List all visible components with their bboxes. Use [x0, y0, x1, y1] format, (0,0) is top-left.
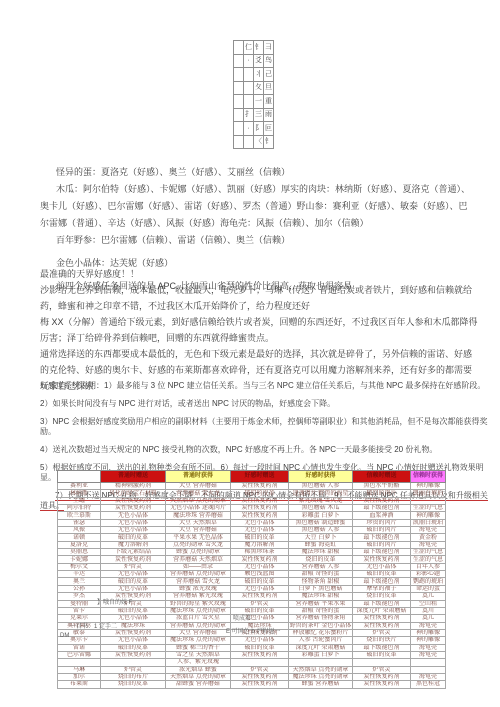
fragment-cell [234, 41, 244, 55]
npc-name-cell: 雷卡 [58, 607, 101, 614]
gift-cell: 摩挲的袖子 [353, 585, 411, 592]
paragraph: 木瓜：阿尔伯特（好感）、卡妮娜（好感）、凯丽（好感）厚实的肉块：林纳斯（好感）、… [40, 181, 476, 232]
table-row: 加尔烧旧的布片天然烟草 点亮的勋章炭性恢复药剂魔法珍珠 点亮的勋章炭性恢复药剂海… [58, 673, 446, 680]
handwritten-note: E 可国色 b 沪附退一 [226, 629, 280, 636]
fragment-table: 仁钅彐·爻鸟丬己夂旦一重扌三雨·阝叵〈钅 [233, 40, 274, 149]
fragment-row: 夂旦 [234, 81, 274, 95]
gift-cell: 大豆 天然烟草 [166, 519, 231, 526]
fragment-cell: · [244, 122, 254, 136]
gift-cell: 最下级褪色剂 [353, 644, 411, 651]
gift-cell: 白萝卜 黑色蘑菇 [289, 585, 353, 592]
fragment-cell: 重 [264, 95, 274, 109]
gift-cell: 无色小晶体 [231, 519, 289, 526]
gift-cell [353, 659, 411, 666]
npc-name-cell: 林纳斯 [58, 490, 101, 497]
gift-cell: 深度元叶 荣肃蘑菇 [353, 607, 411, 614]
fragment-row: 丬己 [234, 68, 274, 82]
gift-cell: 营养蘑菇 雪火龙 [166, 490, 231, 497]
gift-cell: 最下级褪色剂 [353, 578, 411, 585]
gift-cell: 海龟壳 [411, 622, 446, 629]
column-header [58, 471, 101, 483]
gift-cell: 雪之星 天然烟草 [166, 651, 231, 658]
table-row: 欧兰慕斯无色小晶体魔法珍珠 营养蘑菇炭性恢复药剂彩雕蛋 白萝卜血浆神酒神的雕像 [58, 512, 446, 519]
gift-cell: 天然烟草 点亮的勋章 [166, 673, 231, 680]
gift-cell: 烧旧的皮革 [289, 556, 353, 563]
fragment-cell: 三 [254, 108, 264, 122]
fragment-cell [234, 81, 244, 95]
gift-cell: 无色小晶体 [101, 615, 166, 622]
table-row: 布莱斯烧旧的皮革甜蜂蜜 营养蘑菇炭性恢复药剂蜂蜜 营养蘑菇炭性恢复药剂黑色桂冠 [58, 681, 446, 688]
gift-cell: 彩雕蛋 白萝卜 [289, 651, 353, 658]
gift-cell: 炭性恢复药剂 [231, 556, 289, 563]
gift-cell: 炉管灵 [101, 563, 166, 570]
fragment-cell [234, 95, 244, 109]
gift-cell: 烧旧的铁片 [353, 637, 411, 644]
gift-cell: 魔法珍珠 点亮的勋章 [166, 637, 231, 644]
table-row: 人参、紫光玫瑰 [58, 659, 446, 666]
gift-cell: 破旧的皮革 [231, 607, 289, 614]
paragraph: 梅 XX（分解）普通给下级元素，到好感信赖给铁片或者炭，回赠的东西还好，不过我区… [40, 314, 480, 346]
gift-cell: 破旧的皮革 [231, 534, 289, 541]
fragment-cell [234, 135, 244, 149]
gift-cell: 炉管灵 [231, 666, 289, 673]
gift-cell: 无色小晶体 [101, 527, 166, 534]
npc-name-cell [58, 659, 101, 666]
gift-cell: 精神刺激药剂 [101, 483, 166, 490]
paragraph: 好感度系统说明：1）最多能与 3 位 NPC 建立信任关系。当与三名 NPC 建… [40, 381, 490, 391]
gift-cell [411, 659, 446, 666]
fragment-cell: 阝 [254, 122, 264, 136]
fragment-row: 仁钅彐 [234, 41, 274, 55]
fragment-cell: 爻 [254, 54, 264, 68]
fragment-cell [234, 122, 244, 136]
gift-cell: 营养蘑菇 人参 [289, 563, 353, 570]
npc-name-cell: 加尔 [58, 673, 101, 680]
gift-cell: 海龟壳 [411, 527, 446, 534]
gift-cell: 甜蜂蜜 营养蘑菇 [166, 681, 231, 688]
gift-cell: 蜂蜜 浓光玫瑰 [166, 585, 231, 592]
strategy-paragraphs: 最准确的天界好感度！！沙影给无色养到信赖，成本最低，收益最大，龟壳萝卜；马琳（传… [40, 266, 480, 394]
table-row: 雷卡破旧的皮革魔法珍珠 点亮的勋章破旧的皮革甜椒 奇怪的蛋深度元叶 荣肃蘑菇寞川 [58, 607, 446, 614]
table-row: 卡妮娜炭性恢复药剂营养蘑菇 天然烟草炭性恢复药剂烧旧的皮革炭性恢复药剂生涩的气息 [58, 556, 446, 563]
gift-cell: 破旧的肉片 [353, 490, 411, 497]
gift-cell: 无色小晶体 [231, 563, 289, 570]
gift-cell: 无色小晶体 [101, 571, 166, 578]
fragment-cell: 钅 [264, 135, 274, 149]
npc-name-cell: 巴尔雷娜 [58, 651, 101, 658]
gift-cell: 迷魂肉片 野兽的海星 [289, 490, 353, 497]
gift-cell: 天然烟草 点亮的勋章 [289, 666, 353, 673]
gift-cell: 魔力溶解剂 [101, 541, 166, 548]
table-row: 马琳炉管灵浓光烟草 蜂蜜炉管灵天然烟草 点亮的勋章炉管灵 [58, 666, 446, 673]
gift-cell [289, 659, 353, 666]
table-row: 雀瑟无色小晶体大豆 天然烟草无色小晶体黑色蘑菇 制造蜂蜜珍贵的肉片凯丽白琥珀 [58, 519, 446, 526]
column-header: 普通时赠送 [101, 471, 166, 483]
fragment-cell [244, 81, 254, 95]
gift-cell: 神的雕像 [411, 637, 446, 644]
fragment-row: 〈钅 [234, 135, 274, 149]
fragment-cell: 一 [254, 95, 264, 109]
gift-cell: 黑色桂冠 [411, 681, 446, 688]
gift-cell: 如——由录 [166, 563, 231, 570]
gift-cell: 炭性恢复药剂 [101, 497, 166, 504]
fragment-row: 扌三雨 [234, 108, 274, 122]
gift-cell: 炭性恢复药剂 [353, 622, 411, 629]
column-header: 普通时获得 [166, 471, 231, 483]
gift-cell: 蜂蜜 营养蘑菇 [289, 681, 353, 688]
gift-cell: 烧旧的皮革 [101, 681, 166, 688]
npc-name-cell: 风振 [58, 527, 101, 534]
paragraph: 2）如果长时间没有与 NPC 进行对话，或者送出 NPC 讨厌的物品，好感度会下… [40, 399, 490, 409]
gift-cell: 破旧的皮革 [353, 571, 411, 578]
gift-cell: 甜椒 奇怪的蛋 [289, 607, 353, 614]
gift-cell: 破旧的皮革 [231, 644, 289, 651]
gift-cell: 大豆 营养蘑菇 [166, 629, 231, 636]
gift-cell: 蜂蜜 稀兰的香干 [166, 644, 231, 651]
fragment-cell: · [244, 54, 254, 68]
gift-cell: 炉管灵 [231, 600, 289, 607]
gift-cell: 生涩的气息 [411, 505, 446, 512]
gift-cell: 最下级褪色剂 [353, 505, 411, 512]
gift-cell: 寞川 [411, 607, 446, 614]
gift-cell: 破旧的皮革 [353, 651, 411, 658]
gift-cell: 营养蘑菇 点亮的勋章 [166, 571, 231, 578]
gift-cell: 炭性恢复药剂 [353, 681, 411, 688]
gift-cell: 大豆 白萝卜 [289, 534, 353, 541]
gift-cell: 魔法珍珠 甜椒 [289, 549, 353, 556]
gift-cell: 血浆神酒 [353, 512, 411, 519]
gift-cell: 寞儿 [411, 615, 446, 622]
gift-cell: 凯丽白琥珀 [411, 490, 446, 497]
gift-cell: 人参、紫光玫瑰 [166, 659, 231, 666]
gift-cell: 营养蘑菇 雪火龙 [166, 578, 231, 585]
gift-cell: 营养蘑菇 天然烟草 [166, 556, 231, 563]
column-header: 信赖时赠送 [353, 471, 411, 483]
gift-cell: 点亮的勋章 雪火龙 [166, 541, 231, 548]
npc-name-cell: 夏洛克 [58, 541, 101, 548]
fragment-cell: 仁 [244, 41, 254, 55]
gift-cell: 炭性恢复药剂 [231, 483, 289, 490]
fragment-cell: 鸟 [264, 54, 274, 68]
gift-cell: 神的雕像 [411, 483, 446, 490]
gift-cell: 炭性恢复药剂 [231, 651, 289, 658]
table-row: 巴尔雷娜炭性恢复药剂雪之星 天然烟草炭性恢复药剂彩雕蛋 白萝卜破旧的皮革海龟壳 [58, 651, 446, 658]
npc-name-cell: 雷诺 [58, 644, 101, 651]
npc-name-cell: 布莱斯 [58, 681, 101, 688]
gift-cell: 破旧的皮革 [101, 607, 166, 614]
gift-cell: 大豆 营养蘑菇 [166, 527, 231, 534]
fragment-row: ·爻鸟 [234, 54, 274, 68]
table-row: 雷诺破旧的皮革蜂蜜 稀兰的香干破旧的皮革深度元叶 荣肃蘑菇最下级褪色剂海龟壳 [58, 644, 446, 651]
fragment-cell [234, 54, 244, 68]
gift-cell: 野兽的茶叶 金色小晶体 [289, 622, 353, 629]
gift-cell: 彩雕蛋 白萝卜 [289, 512, 353, 519]
gift-cell: 无色小晶体 迷魂肉片 [166, 505, 231, 512]
npc-name-cell: 赛利亚 [58, 483, 101, 490]
gift-cell: 黑色蘑菇 制造蜂蜜 [289, 519, 353, 526]
gift-cell: 浓光烟草 蜂蜜 [166, 666, 231, 673]
table-row: 罗杰炭性恢复药剂营养蘑菇 紫光玫瑰炭性恢复药剂魔法珍珠 甜椒烧旧的皮革寞儿 [58, 593, 446, 600]
column-header: 好感时获得 [289, 471, 353, 483]
gift-cell: 炭性恢复药剂 [101, 505, 166, 512]
gift-cell: 炉管灵 [101, 666, 166, 673]
table-row: 阿尔伯特炭性恢复药剂无色小晶体 迷魂肉片炭性恢复药剂黑色蘑菇 木瓜最下级褪色剂生… [58, 505, 446, 512]
npc-name-cell: 梅尔文 [58, 563, 101, 570]
gift-cell: 无色小晶体 [101, 637, 166, 644]
paragraph: 百年野参：巴尔雷娜（信赖）、雷诺（信赖）、奥兰（信赖） [40, 232, 476, 249]
gift-cell: 炭性恢复药剂 [101, 593, 166, 600]
table-row: 林纳斯风化的绿宝石材料营养蘑菇 雪火龙破旧的皮革迷魂肉片 野兽的海星破旧的肉片凯… [58, 490, 446, 497]
gift-cell: 野兽的海星 紫火玫瑰 [166, 600, 231, 607]
gift-cell: 无色小晶体 [101, 519, 166, 526]
handwritten-note: DM [60, 633, 69, 640]
fragment-cell: 〈 [254, 135, 264, 149]
gift-cell: 无色小晶体 [353, 563, 411, 570]
table-row: 土罐炭性恢复药剂天然烟草 点亮的勋章炭性恢复药剂紫光玫瑰 雪火龙炭性恢复药剂 [58, 497, 446, 504]
npc-name-cell: 莫丽恩 [58, 549, 101, 556]
fragment-cell [244, 95, 254, 109]
gift-cell: 大豆 营养蘑菇 [166, 483, 231, 490]
fragment-cell [234, 68, 244, 82]
gift-cell: 百年人参 [411, 563, 446, 570]
npc-table-header: 普通时赠送普通时获得好感时赠送好感时获得信赖时赠送信赖时获得 [58, 471, 446, 483]
paragraph: 3）NPC 会根据好感度奖励用户相应的副职材料（主要用于炼金术师，控偶师等副职业… [40, 417, 490, 437]
gift-cell: 稀黑珍珠茶 [231, 549, 289, 556]
npc-name-cell: 诺顿 [58, 534, 101, 541]
fragment-cell: 叵 [264, 122, 274, 136]
npc-name-cell: 雀瑟 [58, 519, 101, 526]
gift-cell: 魔法珍珠 点亮的勋章 [289, 673, 353, 680]
gift-cell: 最下级褪色剂 [353, 600, 411, 607]
gift-cell: 神的雕像 [411, 629, 446, 636]
npc-table-header-row: 普通时赠送普通时获得好感时赠送好感时获得信赖时赠送信赖时获得 [58, 471, 446, 483]
npc-name-cell: 阿尔伯特 [58, 505, 101, 512]
gift-cell: 营养蘑菇 平果水果 [289, 600, 353, 607]
fragment-cell: 雨 [264, 108, 274, 122]
gift-cell: 天然烟草 点亮的勋章 [166, 497, 231, 504]
gift-cell: 海龟壳 [411, 644, 446, 651]
gift-cell: 黑色蘑菇 木瓜 [289, 505, 353, 512]
gift-cell: 生涩的气息 [411, 556, 446, 563]
gift-cell: 浓蓝百片 雪火星 [166, 615, 231, 622]
table-row: 风振无色小晶体大豆 营养蘑菇无色小晶体黑色蘑菇 人参破旧的肉片海龟壳 [58, 527, 446, 534]
table-row: 赛利亚精神刺激药剂大豆 营养蘑菇炭性恢复药剂黑色蘑菇 人参黑色水牛奶酪神的雕像 [58, 483, 446, 490]
gift-cell: 甜椒 奇怪的蛋 [289, 571, 353, 578]
gift-cell: 紫光玫瑰 雪火龙 [289, 497, 353, 504]
npc-gift-table: 普通时赠送普通时获得好感时赠送好感时获得信赖时赠送信赖时获得 赛利亚精神刺激药剂… [57, 470, 446, 689]
gift-cell: 炭性恢复药剂 [231, 681, 289, 688]
fragment-cell [244, 68, 254, 82]
npc-name-cell: 辛达 [58, 571, 101, 578]
gift-cell: 破旧的皮革 [231, 490, 289, 497]
gift-cell: 破旧的皮革 [231, 578, 289, 585]
gift-cell: 炭性恢复药剂 [231, 593, 289, 600]
gift-cell: 烧旧的布片 [101, 673, 166, 680]
npc-name-cell: 罗杰 [58, 593, 101, 600]
gift-cell: 神的雕像 [411, 512, 446, 519]
gift-cell: 命运的蛋 [411, 585, 446, 592]
gift-cell: 黑色水牛奶酪 [353, 483, 411, 490]
fragment-cell: 夂 [254, 81, 264, 95]
gift-cell: 平果水果 无色晶体 [166, 534, 231, 541]
gift-cell [411, 666, 446, 673]
fragment-cell: 丬 [254, 68, 264, 82]
gift-cell: 魔法珍珠 点亮的勋章 [166, 607, 231, 614]
npc-name-cell: 公孙 [58, 585, 101, 592]
fragment-cell [244, 135, 254, 149]
gift-cell: 魔力溶解剂 [231, 541, 289, 548]
gift-cell: 最下级褪色剂 [353, 534, 411, 541]
gift-cell: 炭性恢复药剂 [101, 651, 166, 658]
table-row: 夏洛克魔力溶解剂点亮的勋章 雪火龙魔力溶解剂蜂蜜 海霓虹破旧的肉片海龟壳 [58, 541, 446, 548]
gift-cell: 营养蘑菇 怪物茶角 [289, 615, 353, 622]
paragraph: 怪异的蛋：夏洛克（好感）、奥兰（好感）、艾丽丝（信赖） [40, 164, 476, 181]
gift-cell: 炭性恢复药剂 [353, 556, 411, 563]
fragment-row: ·阝叵 [234, 122, 274, 136]
gift-cell: 怪物茶角 甜椒 [289, 578, 353, 585]
npc-name-cell: 克莱尔 [58, 615, 101, 622]
paragraph: 最准确的天界好感度！！ [40, 266, 480, 282]
gift-cell: 生涩的气息 [411, 549, 446, 556]
npc-name-cell: 马琳 [58, 666, 101, 673]
gift-cell: 黄金粉 [411, 534, 446, 541]
gift-cell: 深度元叶 荣肃蘑菇 [289, 644, 353, 651]
handwritten-note: 喷成第二 [233, 616, 257, 623]
gift-cell: 破旧的肉片 [353, 541, 411, 548]
gift-cell: 炭性恢复药剂 [231, 505, 289, 512]
gift-cell: 破旧的肉片 [353, 527, 411, 534]
fragment-cell: 扌 [244, 108, 254, 122]
table-row: 莫丽恩下级元素结晶蜂蜜 点亮的勋章稀黑珍珠茶魔法珍珠 甜椒最下级褪色剂生涩的气息 [58, 549, 446, 556]
fragment-table-body: 仁钅彐·爻鸟丬己夂旦一重扌三雨·阝叵〈钅 [234, 41, 274, 149]
gift-cell: 释放触忆 花乐蟹粉片 [289, 629, 353, 636]
gift-cell: 魔法珍珠 甜椒 [289, 593, 353, 600]
gift-cell: 无色小晶体 [101, 585, 166, 592]
fragment-cell [234, 108, 244, 122]
gift-cell: 炭性恢复药剂 [353, 673, 411, 680]
table-row: 奥尔卡无色小晶体魔法珍珠 点亮的勋章无色小晶体人参 古轮蟹肉片烧旧的铁片神的雕像 [58, 637, 446, 644]
gift-cell [411, 497, 446, 504]
gift-cell: 炭性恢复药剂 [231, 497, 289, 504]
gift-cell: 海龟壳 [411, 651, 446, 658]
gift-cell: 破旧的皮革 [101, 534, 166, 541]
paragraph: 沙影给无色养到信赖，成本最低，收益最大，龟壳萝卜；马琳（传送）普通给炭或者铁片，… [40, 282, 480, 314]
column-header: 好感时赠送 [231, 471, 289, 483]
gift-cell: 无色小晶体 [231, 585, 289, 592]
gift-cell: 营养蘑菇 紫光玫瑰 [166, 593, 231, 600]
table-row: 公孙无色小晶体蜂蜜 浓光玫瑰无色小晶体白萝卜 黑色蘑菇摩挲的袖子命运的蛋 [58, 585, 446, 592]
table-row: 奥兰破旧的皮革营养蘑菇 雪火龙破旧的皮革怪物茶角 甜椒最下级褪色剂鹦鹉的琥珀 [58, 578, 446, 585]
npc-name-cell: 土罐 [58, 497, 101, 504]
handwritten-note: 一目书：1 定手二 [70, 624, 117, 631]
npc-table-body: 赛利亚精神刺激药剂大豆 营养蘑菇炭性恢复药剂黑色蘑菇 人参黑色水牛奶酪神的雕像林… [58, 483, 446, 689]
gift-cell: 珍贵的肉片 [353, 519, 411, 526]
gift-cell: 炉管灵 [353, 629, 411, 636]
fragment-cell: 旦 [264, 81, 274, 95]
column-header: 信赖时获得 [411, 471, 446, 483]
gift-cell: 魔法珍珠 营养蘑菇 [166, 512, 231, 519]
gift-cell: 风化的绿宝石材料 [101, 490, 166, 497]
gift-cell: 烧旧的皮革 [353, 593, 411, 600]
gift-cell: 炉管灵 [353, 666, 411, 673]
npc-name-cell: 奥兰 [58, 578, 101, 585]
fragment-cell: 钅 [254, 41, 264, 55]
gift-cell: 凯丽白琥珀 [411, 519, 446, 526]
fragment-cell: 彐 [264, 41, 274, 55]
gift-cell: 蜂蜜 点亮的勋章 [166, 549, 231, 556]
gift-cell: 彩影心题 [411, 571, 446, 578]
gift-cell: 无色小晶体 [231, 527, 289, 534]
gift-cell: 炭性恢复药剂 [231, 512, 289, 519]
gift-cell: 海龟壳 [411, 673, 446, 680]
gift-cell: 炭性恢复药剂 [101, 556, 166, 563]
gift-cell: 颗色浅蓝图 [231, 571, 289, 578]
gift-cell: 炭性恢复药剂 [353, 615, 411, 622]
gift-cell: 炭性恢复药剂 [353, 497, 411, 504]
gift-cell: 炭性恢复药剂 [231, 673, 289, 680]
gift-cell [231, 659, 289, 666]
fragment-cell: 己 [264, 68, 274, 82]
gift-cell: 蜂蜜 海霓虹 [289, 541, 353, 548]
handwritten-note: 】哦自的妹 F [97, 600, 132, 607]
gift-cell: 鹦鹉的琥珀 [411, 578, 446, 585]
gift-cell: 下级元素结晶 [101, 549, 166, 556]
gift-cell: 人参 古轮蟹肉片 [289, 637, 353, 644]
gift-cell: 营养蘑菇 点亮的勋章 [166, 622, 231, 629]
fragment-row: 一重 [234, 95, 274, 109]
gift-cell: 黑色蘑菇 人参 [289, 483, 353, 490]
npc-name-cell: 曼特丽 [58, 600, 101, 607]
gift-cell: 空山粗 [411, 600, 446, 607]
document-page: { "top_table": { "rows": [ ["","仁","钅","… [0, 0, 500, 707]
gift-cell: 无色小晶体 [231, 637, 289, 644]
table-row: 梅尔文炉管灵如——由录无色小晶体营养蘑菇 人参无色小晶体百年人参 [58, 563, 446, 570]
npc-name-cell: 卡妮娜 [58, 556, 101, 563]
table-row: 辛达无色小晶体营养蘑菇 点亮的勋章颗色浅蓝图甜椒 奇怪的蛋破旧的皮革彩影心题 [58, 571, 446, 578]
gift-cell: 最下级褪色剂 [353, 549, 411, 556]
gift-cell: 寞儿 [411, 593, 446, 600]
gift-cell: 无色小晶体 [101, 512, 166, 519]
gift-cell: 海龟壳 [411, 541, 446, 548]
gift-cell: 破旧的皮革 [101, 644, 166, 651]
gift-cell [101, 659, 166, 666]
gift-cell: 破旧的皮革 [101, 578, 166, 585]
paragraph: 4）送礼次数超过当天规定的 NPC 接受礼物的次数，NPC 好感度不再上升。各 … [40, 445, 490, 455]
table-row: 诺顿破旧的皮革平果水果 无色晶体破旧的皮革大豆 白萝卜最下级褪色剂黄金粉 [58, 534, 446, 541]
gift-cell: 黑色蘑菇 人参 [289, 527, 353, 534]
npc-name-cell: 欧兰慕斯 [58, 512, 101, 519]
